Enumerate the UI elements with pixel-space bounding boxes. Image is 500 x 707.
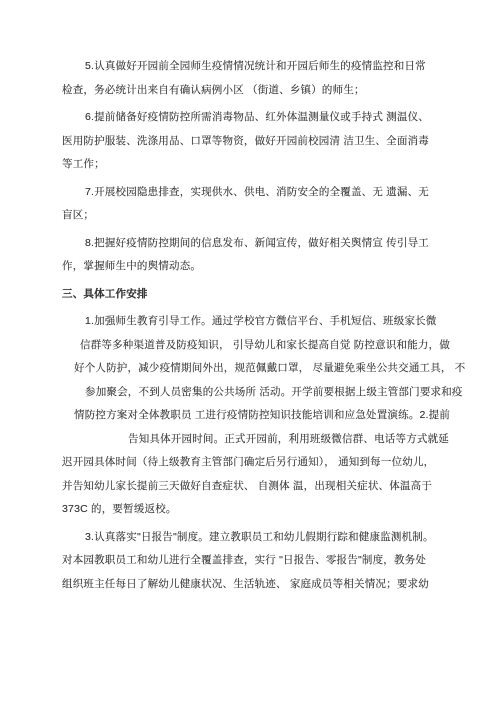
text-line: 1.加强师生教育引导工作。通过学校官方微信平台、手机短信、班级家长微 [85, 310, 444, 334]
paragraph-item-3: 3.认真落实"日报告"制度。建立教职员工和幼儿假期行踪和健康监测机制。 对本园教… [62, 526, 444, 597]
paragraph-item-6: 6.提前储备好疫情防控所需消毒物品、红外体温测量仪或手持式 测温仪、 医用防护服… [62, 106, 444, 177]
document-body: 5.认真做好开园前全园师生疫情情况统计和开园后师生的疫情监控和日常 检查，务必统… [0, 0, 500, 596]
text-line: 盲区； [62, 204, 444, 228]
text-line: 好个人防护，减少疫情期间外出，规范佩戴口罩， 尽量避免乘坐公共交通工具， 不 [74, 357, 444, 381]
text-line: 检查，务必统计出来自有确认病例小区 （街道、乡镇）的师生； [62, 79, 444, 103]
text-line: 等工作； [62, 153, 444, 177]
text-line: 告知具体开园时间。正式开园前，利用班级微信群、电话等方式就延 [128, 428, 444, 452]
text-line: 对本园教职员工和幼儿进行全覆盖排查，实行 "日报告、零报告"制度，教务处 [62, 549, 444, 573]
text-line: 并告知幼儿家长提前三天做好自查症状、 自测体 温，出现相关症状、体温高于 [62, 475, 444, 499]
document-page: 5.认真做好开园前全园师生疫情情况统计和开园后师生的疫情监控和日常 检查，务必统… [0, 0, 500, 707]
text-line: 迟开园具体时间（待上级教育主管部门确定后另行通知）， 通知到每一位幼儿， [62, 451, 444, 475]
text-line: 信群等多种渠道普及防疫知识， 引导幼儿和家长提高自觉 防控意识和能力，做 [80, 334, 444, 358]
text-line: 医用防护服装、洗涤用品、口罩等物资，做好开园前校园清 洁卫生、全面消毒 [62, 130, 444, 154]
text-line: 情防控方案对全体教职员 工进行疫情防控知识技能培训和应急处置演练。2.提前 [74, 404, 444, 428]
paragraph-item-8: 8.把握好疫情防控期间的信息发布、新闻宣传，做好相关舆情宣 传引导工 作，掌握师… [62, 232, 444, 279]
text-line: 5.认真做好开园前全园师生疫情情况统计和开园后师生的疫情监控和日常 [85, 55, 444, 79]
text-line: 参加聚会，不到人员密集的公共场所 活动。开学前要根据上级主管部门要求和疫 [85, 381, 444, 405]
section-heading-text: 三、具体工作安排 [62, 283, 444, 307]
text-line: 组织班主任每日了解幼儿健康状况、生活轨迹、 家庭成员等相关情况；要求幼 [62, 573, 444, 597]
text-line: 作，掌握师生中的舆情动态。 [62, 255, 444, 279]
text-line: 8.把握好疫情防控期间的信息发布、新闻宣传，做好相关舆情宣 传引导工 [85, 232, 444, 256]
text-line: 3.认真落实"日报告"制度。建立教职员工和幼儿假期行踪和健康监测机制。 [85, 526, 444, 550]
paragraph-item-7: 7.开展校园隐患排查，实现供水、供电、消防安全的全覆盖、无 遗漏、无 盲区； [62, 181, 444, 228]
text-line: 6.提前储备好疫情防控所需消毒物品、红外体温测量仪或手持式 测温仪、 [85, 106, 444, 130]
paragraph-item-5: 5.认真做好开园前全园师生疫情情况统计和开园后师生的疫情监控和日常 检查，务必统… [62, 55, 444, 102]
text-line: 7.开展校园隐患排查，实现供水、供电、消防安全的全覆盖、无 遗漏、无 [85, 181, 444, 205]
paragraph-items-1-2: 1.加强师生教育引导工作。通过学校官方微信平台、手机短信、班级家长微 信群等多种… [62, 310, 444, 522]
section-heading-3: 三、具体工作安排 [62, 283, 444, 307]
text-line: 373C 的，要暂缓返校。 [62, 498, 444, 522]
